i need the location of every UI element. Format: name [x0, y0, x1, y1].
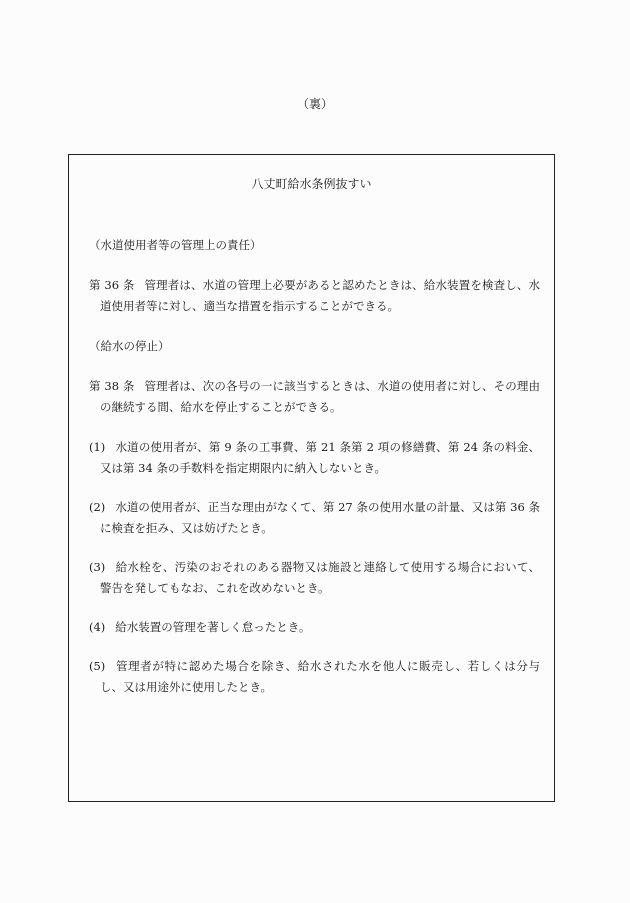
- article-text: 管理者は、水道の管理上必要があると認めたときは、給水装置を検査し、水道使用者等に…: [100, 278, 540, 313]
- article-number: 第 38 条: [89, 379, 135, 393]
- item-number: (4): [89, 620, 105, 634]
- ordinance-excerpt-box: 八丈町給水条例抜すい （水道使用者等の管理上の責任） 第 36 条管理者は、水道…: [68, 154, 555, 802]
- item-number: (5): [89, 659, 105, 673]
- list-item: (3)給水栓を、汚染のおそれのある器物又は施設と連絡して使用する場合において、警…: [89, 557, 540, 599]
- item-text: 水道の使用者が、第 9 条の工事費、第 21 条第 2 項の修繕費、第 24 条…: [100, 440, 540, 475]
- document-body: （水道使用者等の管理上の責任） 第 36 条管理者は、水道の管理上必要があると認…: [89, 235, 540, 716]
- section-heading: （給水の停止）: [89, 336, 540, 357]
- list-item: (4)給水装置の管理を著しく怠ったとき。: [89, 617, 540, 638]
- item-number: (2): [89, 500, 105, 514]
- document-title: 八丈町給水条例抜すい: [69, 175, 554, 192]
- article-38: 第 38 条管理者は、次の各号の一に該当するときは、水道の使用者に対し、その理由…: [89, 376, 540, 418]
- item-text: 水道の使用者が、正当な理由がなくて、第 27 条の使用水量の計量、又は第 36 …: [100, 500, 540, 535]
- item-number: (3): [89, 560, 105, 574]
- item-text: 管理者が特に認めた場合を除き、給水された水を他人に販売し、若しくは分与し、又は用…: [100, 659, 540, 694]
- list-item: (1)水道の使用者が、第 9 条の工事費、第 21 条第 2 項の修繕費、第 2…: [89, 437, 540, 479]
- list-item: (5)管理者が特に認めた場合を除き、給水された水を他人に販売し、若しくは分与し、…: [89, 656, 540, 698]
- page-side-label: （裏）: [0, 95, 630, 112]
- section-heading: （水道使用者等の管理上の責任）: [89, 235, 540, 256]
- article-text: 管理者は、次の各号の一に該当するときは、水道の使用者に対し、その理由の継続する間…: [100, 379, 540, 414]
- article-number: 第 36 条: [89, 278, 135, 292]
- list-item: (2)水道の使用者が、正当な理由がなくて、第 27 条の使用水量の計量、又は第 …: [89, 497, 540, 539]
- article-36: 第 36 条管理者は、水道の管理上必要があると認めたときは、給水装置を検査し、水…: [89, 275, 540, 317]
- item-number: (1): [89, 440, 105, 454]
- item-text: 給水装置の管理を著しく怠ったとき。: [115, 620, 310, 634]
- item-text: 給水栓を、汚染のおそれのある器物又は施設と連絡して使用する場合において、警告を発…: [100, 560, 540, 595]
